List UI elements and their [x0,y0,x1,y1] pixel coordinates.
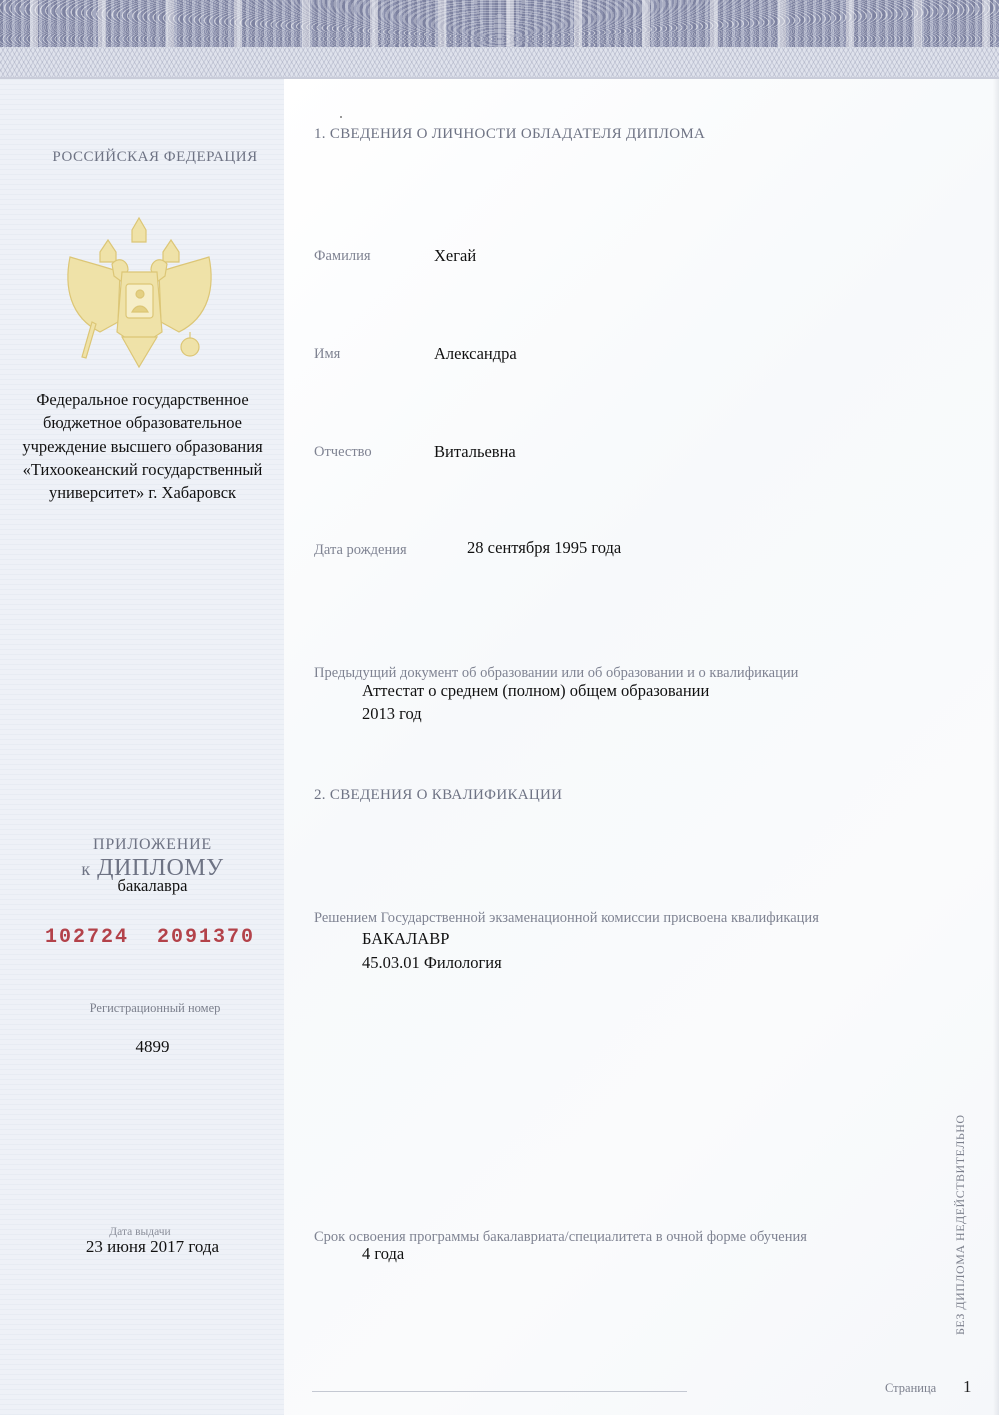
specialty-value: 45.03.01 Филология [362,953,502,973]
surname-value: Хегай [434,246,476,266]
dob-label: Дата рождения [314,542,407,559]
surname-label: Фамилия [314,248,371,265]
name-label: Имя [314,346,340,363]
patronymic-value: Витальевна [434,442,516,462]
qualification-decision-label: Решением Государственной экзаменационной… [314,910,819,927]
page-number: 1 [963,1377,972,1397]
country-title: РОССИЙСКАЯ ФЕДЕРАЦИЯ [40,148,270,166]
duration-value: 4 года [362,1244,404,1264]
patronymic-label: Отчество [314,444,372,461]
appendix-title: ПРИЛОЖЕНИЕ к ДИПЛОМУ [40,835,265,882]
appendix-title-line1: ПРИЛОЖЕНИЕ [40,835,265,855]
prev-doc-year: 2013 год [362,704,422,724]
bottom-rule [312,1391,687,1392]
right-panel [284,79,999,1415]
serial-number: 102724 2091370 [20,926,280,949]
guilloche-band-lower [0,47,999,78]
degree-type: бакалавра [60,876,245,896]
section1-title: 1. СВЕДЕНИЯ О ЛИЧНОСТИ ОБЛАДАТЕЛЯ ДИПЛОМ… [314,126,705,143]
dob-value: 28 сентября 1995 года [467,538,621,558]
registration-label: Регистрационный номер [60,1000,250,1017]
qualification-value: БАКАЛАВР [362,929,449,949]
prev-doc-value: Аттестат о среднем (полном) общем образо… [362,681,709,701]
prev-doc-label: Предыдущий документ об образовании или о… [314,665,798,682]
ink-dot [340,116,342,118]
registration-number: 4899 [60,1037,245,1057]
institution-name: Федеральное государственное бюджетное об… [10,388,275,504]
page-edge-shadow [993,79,999,1415]
issue-date: 23 июня 2017 года [40,1237,265,1257]
section2-title: 2. СВЕДЕНИЯ О КВАЛИФИКАЦИИ [314,787,562,804]
page-label: Страница [885,1381,936,1396]
double-headed-eagle-emblem-icon [62,212,217,372]
vertical-validity-note: БЕЗ ДИПЛОМА НЕДЕЙСТВИТЕЛЬНО [953,1114,968,1335]
name-value: Александра [434,344,517,364]
